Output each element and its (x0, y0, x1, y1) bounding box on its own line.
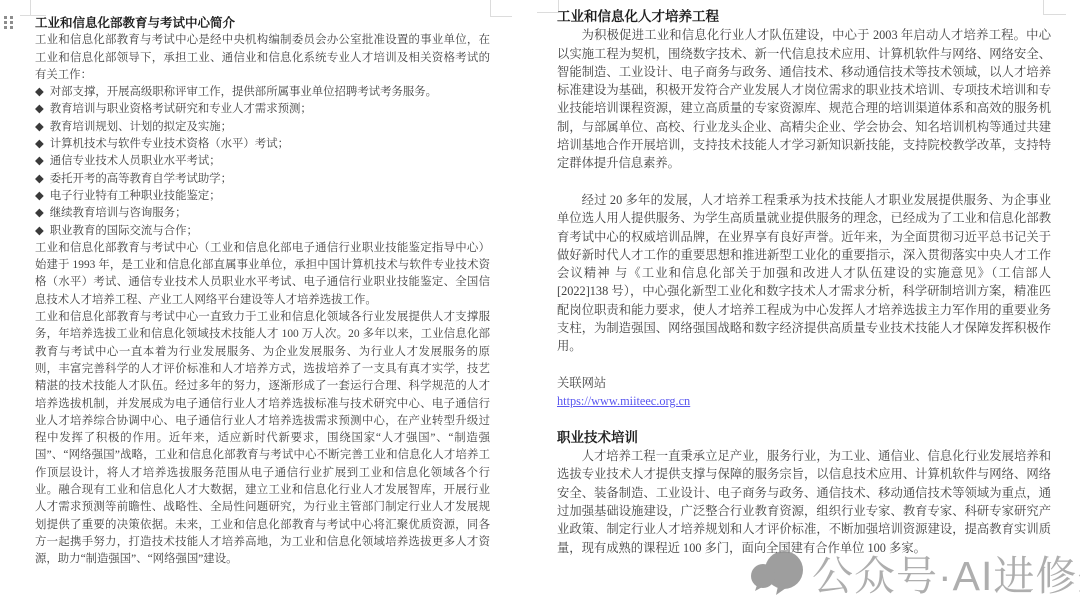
watermark-text: 公众号·AI进修生 (812, 543, 1080, 602)
vocational-training-title: 职业技术培训 (557, 429, 1051, 447)
table-corner-mark (30, 0, 31, 15)
right-column: 工业和信息化人才培养工程 为积极促进工业和信息化行业人才队伍建设，中心于 200… (557, 8, 1051, 557)
bullet-item: ◆ 教育培训与职业资格考试研究和专业人才需求预测； (35, 101, 490, 118)
diamond-bullet-icon: ◆ (35, 188, 44, 205)
bullet-item: ◆ 教育培训规划、计划的拟定及实施； (35, 119, 490, 136)
wechat-bubbles-icon (750, 549, 804, 597)
diamond-bullet-icon: ◆ (35, 119, 44, 136)
right-section-title: 工业和信息化人才培养工程 (557, 8, 1051, 26)
diamond-bullet-icon: ◆ (35, 205, 44, 222)
left-column: 工业和信息化部教育与考试中心简介 工业和信息化部教育与考试中心是经中央机构编制委… (35, 15, 490, 569)
watermark: 公众号·AI进修生 (750, 543, 1080, 602)
bullet-item: ◆ 计算机技术与软件专业技术资格（水平）考试； (35, 136, 490, 153)
bullet-item: ◆ 对部支撑，开展高级职称评审工作，提供部所属事业单位招聘考试考务服务。 (35, 84, 490, 101)
talent-program-paragraph-2: 经过 20 多年的发展，人才培养工程秉承为技术技能人才职业发展提供服务、为企事业… (557, 191, 1051, 356)
diamond-bullet-icon: ◆ (35, 136, 44, 153)
block-drag-handle-icon[interactable] (4, 16, 13, 29)
miiteec-link[interactable]: https://www.miiteec.org.cn (557, 394, 690, 408)
left-section-title: 工业和信息化部教育与考试中心简介 (35, 15, 490, 32)
diamond-bullet-icon: ◆ (35, 84, 44, 101)
left-intro-paragraph: 工业和信息化部教育与考试中心是经中央机构编制委员会办公室批准设置的事业单位，在工… (35, 32, 490, 84)
diamond-bullet-icon: ◆ (35, 153, 44, 170)
bullet-text: 教育培训与职业资格考试研究和专业人才需求预测； (50, 101, 312, 118)
bullet-text: 教育培训规划、计划的拟定及实施； (50, 119, 232, 136)
talent-program-paragraph-1: 为积极促进工业和信息化行业人才队伍建设，中心于 2003 年启动人才培养工程。中… (557, 26, 1051, 172)
bullet-item: ◆ 职业教育的国际交流与合作； (35, 223, 490, 240)
table-corner-mark (490, 16, 512, 17)
bullet-text: 计算机技术与软件专业技术资格（水平）考试； (50, 136, 289, 153)
related-site-line: https://www.miiteec.org.cn (557, 392, 1051, 410)
bullet-item: ◆ 通信专业技术人员职业水平考试； (35, 153, 490, 170)
diamond-bullet-icon: ◆ (35, 101, 44, 118)
table-corner-mark (537, 12, 559, 13)
bullet-text: 电子行业特有工种职业技能鉴定； (50, 188, 221, 205)
diamond-bullet-icon: ◆ (35, 223, 44, 240)
bullet-text: 对部支撑，开展高级职称评审工作，提供部所属事业单位招聘考试考务服务。 (50, 84, 437, 101)
left-mission-paragraph: 工业和信息化部教育与考试中心一直致力于工业和信息化领域各行业发展提供人才支撑服务… (35, 309, 490, 568)
vocational-training-paragraph: 人才培养工程一直秉承立足产业，服务行业，为工业、通信业、信息化行业发展培养和选拔… (557, 447, 1051, 557)
left-history-paragraph: 工业和信息化部教育与考试中心（工业和信息化部电子通信行业职业技能鉴定指导中心）始… (35, 240, 490, 309)
bullet-text: 职业教育的国际交流与合作； (50, 223, 198, 240)
bullet-text: 通信专业技术人员职业水平考试； (50, 153, 221, 170)
related-sites-label: 关联网站 (557, 374, 1051, 392)
bullet-item: ◆ 电子行业特有工种职业技能鉴定； (35, 188, 490, 205)
table-corner-mark (490, 0, 491, 16)
bullet-item: ◆ 继续教育培训与咨询服务； (35, 205, 490, 222)
bullet-text: 继续教育培训与咨询服务； (50, 205, 187, 222)
diamond-bullet-icon: ◆ (35, 171, 44, 188)
bullet-text: 委托开考的高等教育自学考试助学； (50, 171, 232, 188)
bullet-item: ◆ 委托开考的高等教育自学考试助学； (35, 171, 490, 188)
